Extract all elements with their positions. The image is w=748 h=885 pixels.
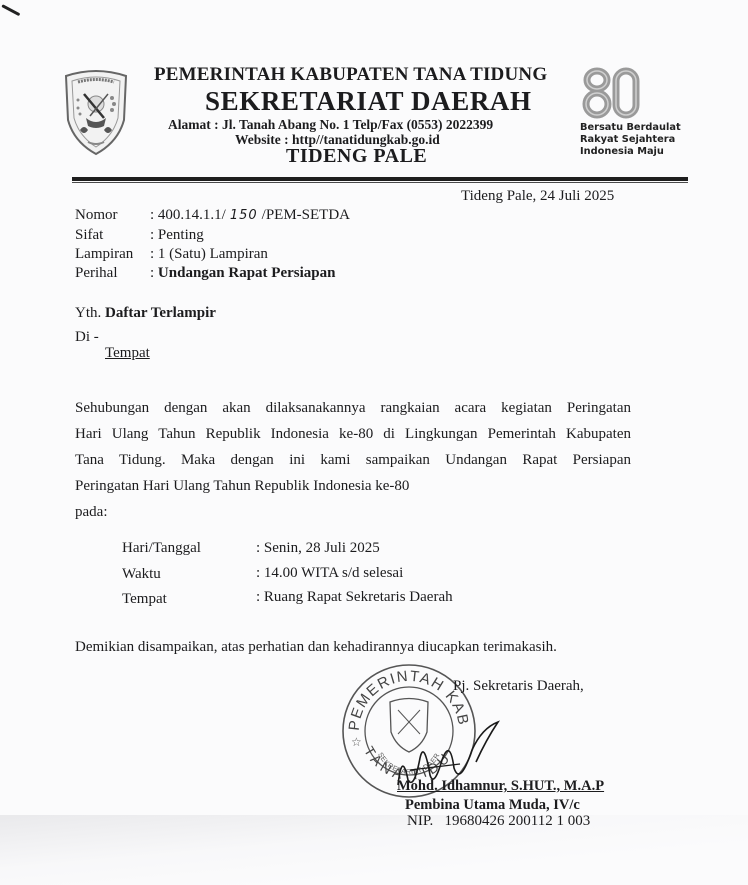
recipient-place: Tempat: [105, 345, 150, 362]
nomor-label: Nomor: [75, 207, 118, 224]
signatory-rank: Pembina Utama Muda, IV/c: [405, 797, 580, 814]
letterhead-government: PEMERINTAH KABUPATEN TANA TIDUNG: [154, 64, 547, 86]
anniversary-tagline: Bersatu Berdaulat Rakyat Sejahtera Indon…: [580, 122, 681, 158]
signatory-title: Pj. Sekretaris Daerah,: [453, 678, 584, 695]
perihal-value: : Undangan Rapat Persiapan: [150, 265, 335, 282]
recipient: Yth. Daftar Terlampir: [75, 305, 216, 322]
letterhead-city: TIDENG PALE: [286, 145, 427, 168]
recipient-di: Di -: [75, 329, 99, 346]
body-line: Hari Ulang Tahun Republik Indonesia ke-8…: [75, 421, 631, 447]
signatory-nip: NIP. 19680426 200112 1 003: [407, 813, 590, 830]
schedule-value: : Senin, 28 Juli 2025: [256, 540, 380, 557]
lampiran-label: Lampiran: [75, 246, 133, 263]
tagline-line: Rakyat Sejahtera: [580, 134, 681, 146]
recipient-name: Daftar Terlampir: [105, 305, 216, 321]
body-paragraph: Sehubungan dengan akan dilaksanakannya r…: [75, 395, 631, 525]
lampiran-value: : 1 (Satu) Lampiran: [150, 246, 268, 263]
letterhead-divider-thin: [72, 182, 688, 183]
letter-page: PEMERINTAH KABUPATEN TANA TIDUNG SEKRETA…: [0, 0, 748, 885]
perihal-label: Perihal: [75, 265, 118, 282]
schedule-value: : 14.00 WITA s/d selesai: [256, 565, 403, 582]
nomor-prefix: : 400.14.1.1/: [150, 207, 226, 223]
schedule-value: : Ruang Rapat Sekretaris Daerah: [256, 589, 453, 606]
paper-shadow: [0, 815, 748, 885]
perihal-colon: :: [150, 265, 158, 281]
schedule-label: Waktu: [122, 566, 161, 583]
regency-coat-of-arms-icon: [60, 68, 132, 156]
place-date: Tideng Pale, 24 Juli 2025: [461, 188, 614, 205]
sifat-value: : Penting: [150, 227, 204, 244]
letterhead-office: SEKRETARIAT DAERAH: [205, 86, 532, 117]
nomor-handwritten: 150: [226, 208, 262, 223]
body-line: Peringatan Hari Ulang Tahun Republik Ind…: [75, 473, 631, 499]
svg-text:☆: ☆: [351, 735, 362, 749]
body-line: Sehubungan dengan akan dilaksanakannya r…: [75, 395, 631, 421]
schedule-label: Hari/Tanggal: [122, 540, 201, 557]
tagline-line: Indonesia Maju: [580, 146, 681, 158]
perihal-text: Undangan Rapat Persiapan: [158, 265, 336, 281]
schedule-label: Tempat: [122, 591, 167, 608]
pen-mark: [1, 4, 20, 16]
anniversary-80-logo-icon: [580, 66, 642, 120]
closing-sentence: Demikian disampaikan, atas perhatian dan…: [75, 639, 557, 656]
body-line: pada:: [75, 499, 631, 525]
letterhead-address: Alamat : Jl. Tanah Abang No. 1 Telp/Fax …: [168, 117, 493, 133]
signatory-name: Mohd. Idhamnur, S.HUT., M.A.P: [397, 778, 604, 795]
body-line: Tana Tidung. Maka dengan ini kami sampai…: [75, 447, 631, 473]
tagline-line: Bersatu Berdaulat: [580, 122, 681, 134]
nomor-suffix: /PEM-SETDA: [262, 207, 350, 223]
nomor-value: : 400.14.1.1/150/PEM-SETDA: [150, 207, 350, 224]
recipient-prefix: Yth.: [75, 305, 101, 321]
letterhead-divider: [72, 177, 688, 181]
sifat-label: Sifat: [75, 227, 103, 244]
